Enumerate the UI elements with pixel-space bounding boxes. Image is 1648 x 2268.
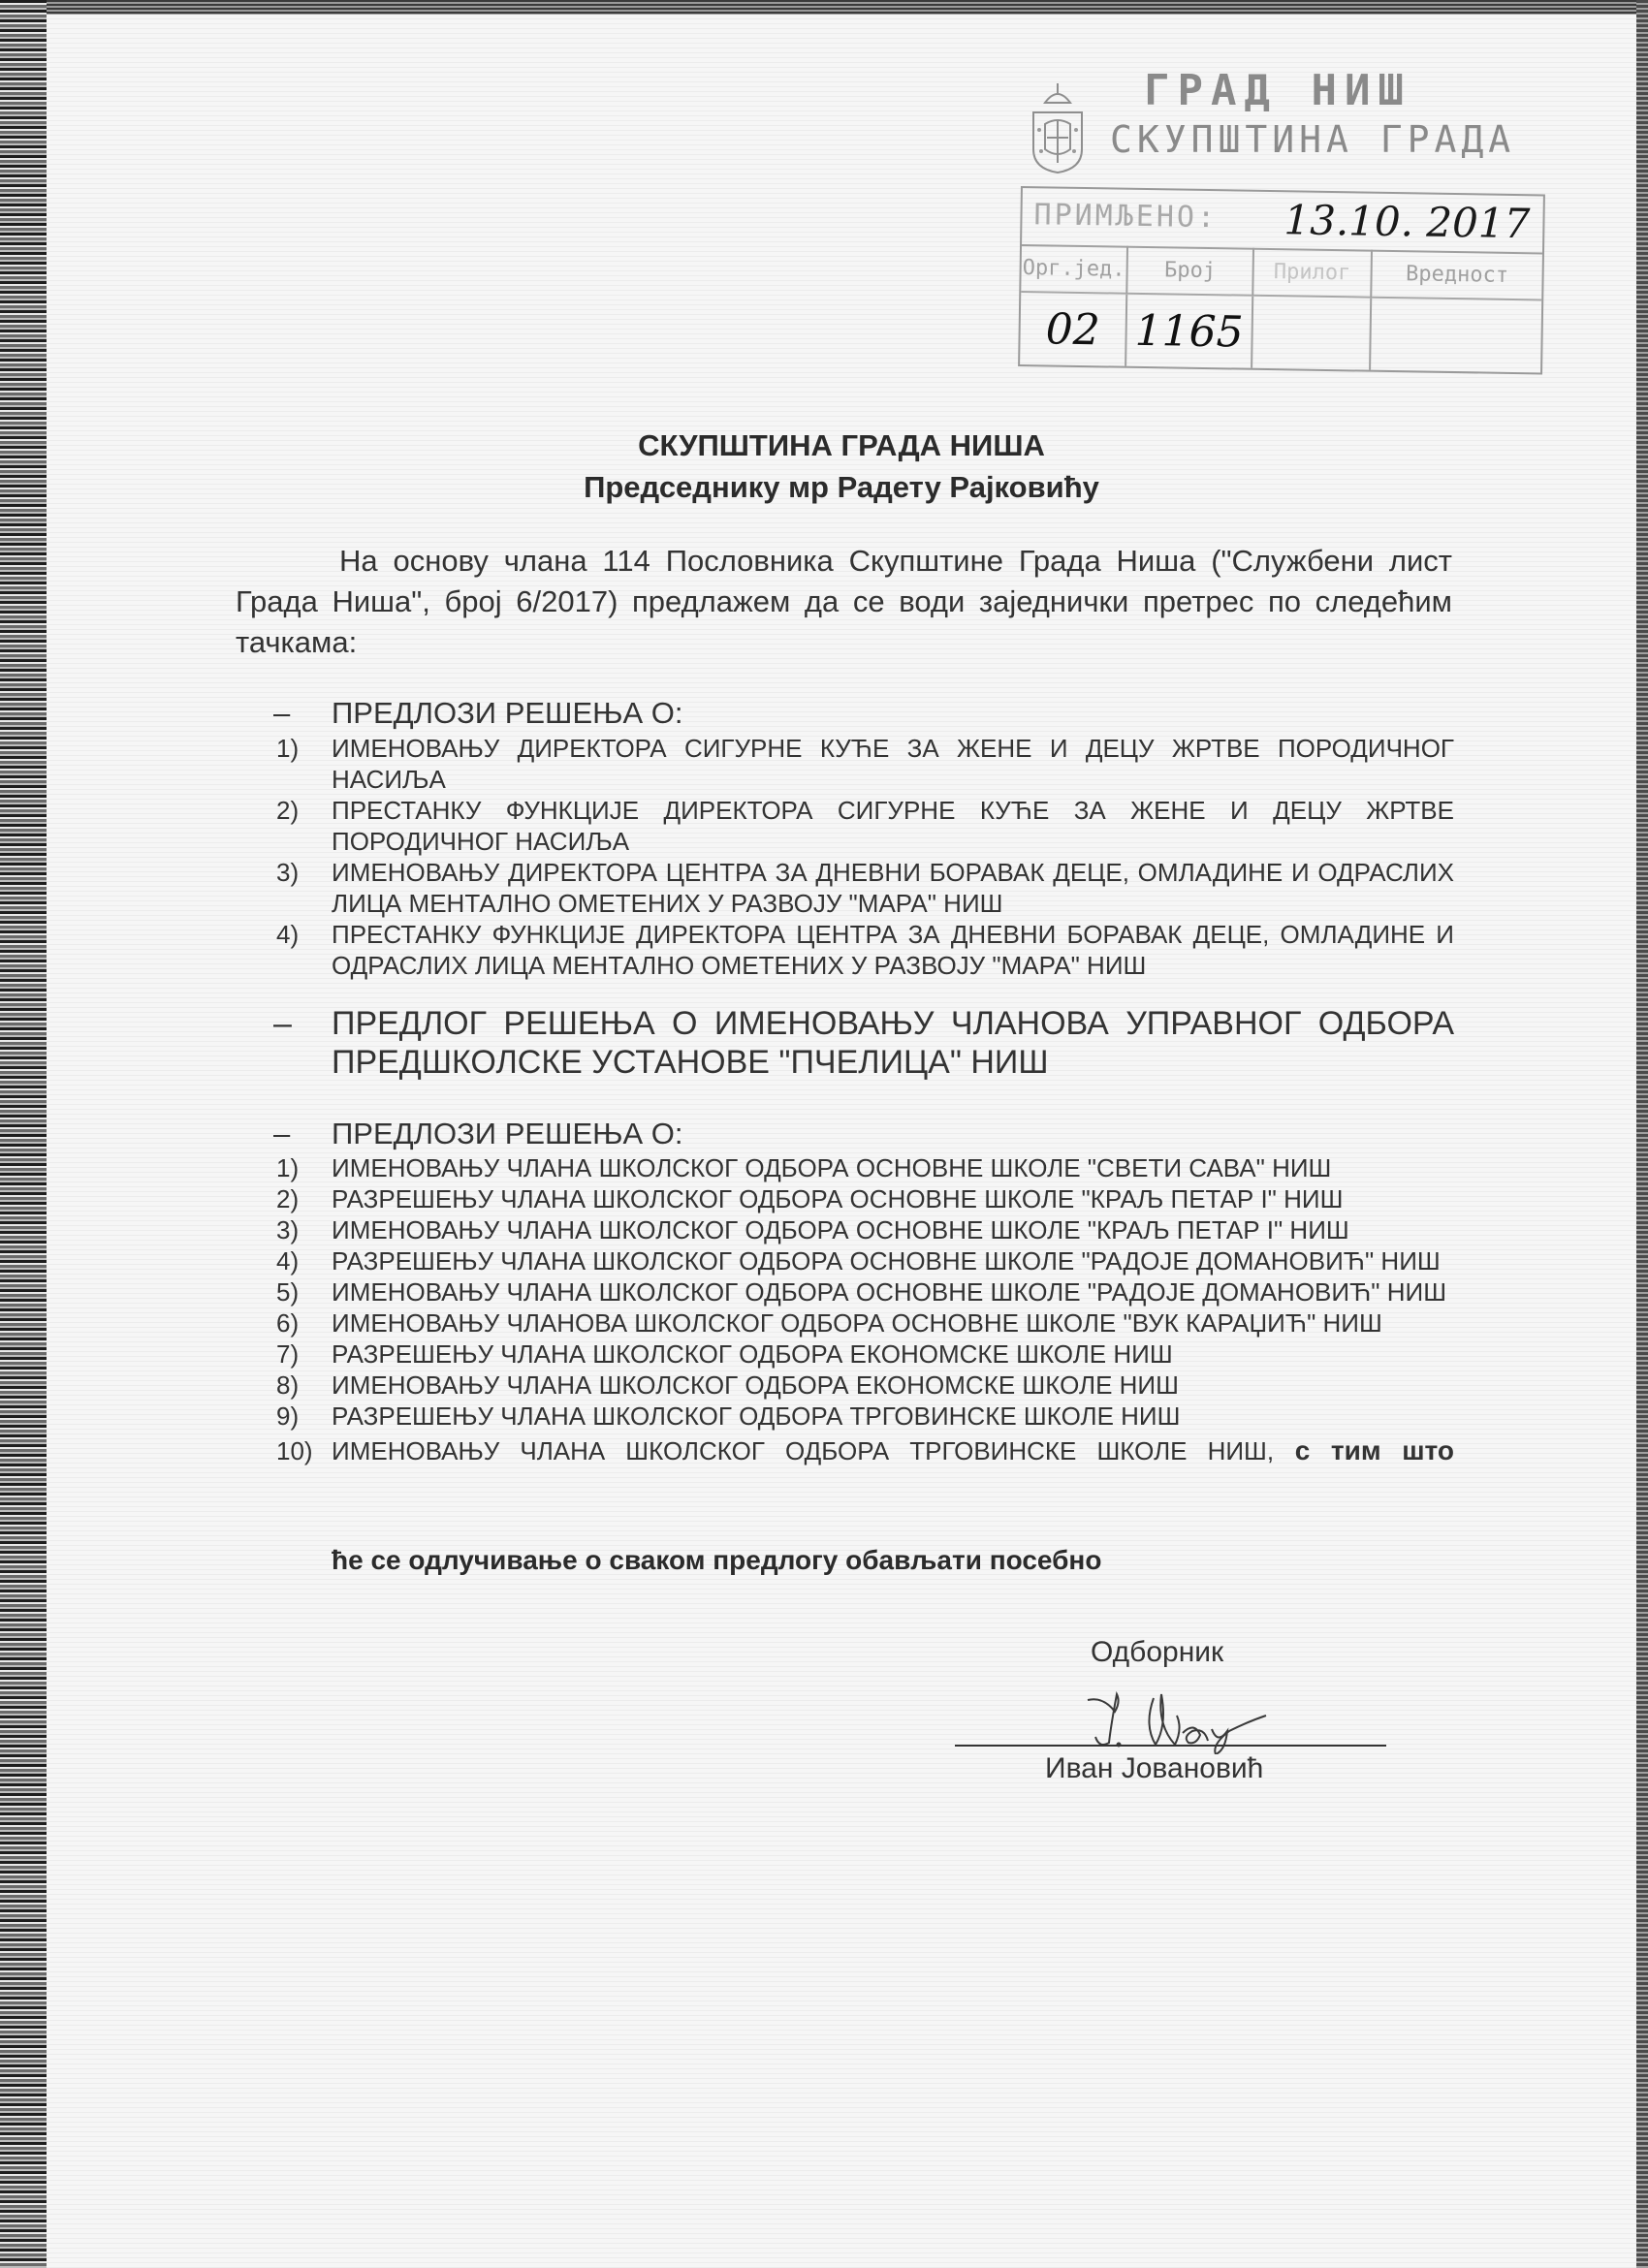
list-item: 4)ПРЕСТАНКУ ФУНКЦИЈЕ ДИРЕКТОРА ЦЕНТРА ЗА…: [276, 919, 1454, 981]
stamp-col-org-unit: Орг.јед.: [1021, 244, 1128, 295]
stamp-org-unit-value: 02: [1020, 293, 1127, 366]
list-item: 6)ИМЕНОВАЊУ ЧЛАНОВА ШКОЛСКОГ ОДБОРА ОСНО…: [276, 1307, 1454, 1339]
stamp-received-row: ПРИМЉЕНО: 13.10. 2017: [1022, 188, 1543, 254]
stamp-attachment-value: [1252, 297, 1372, 370]
signature-line: [955, 1745, 1386, 1747]
signer-role: Одборник: [1091, 1636, 1223, 1669]
section-3-heading: – ПРЕДЛОЗИ РЕШЕЊА О:: [273, 1117, 682, 1151]
section-heading-text: ПРЕДЛОЗИ РЕШЕЊА О:: [332, 1117, 682, 1151]
section-heading-text: ПРЕДЛОГ РЕШЕЊА О ИМЕНОВАЊУ ЧЛАНОВА УПРАВ…: [332, 1004, 1454, 1082]
list-item: 8)ИМЕНОВАЊУ ЧЛАНА ШКОЛСКОГ ОДБОРА ЕКОНОМ…: [276, 1370, 1454, 1401]
closing-statement: ће се одлучивање о сваком предлогу обављ…: [332, 1545, 1101, 1576]
stamp-number-value: 1165: [1126, 295, 1253, 368]
stamp-col-number: Број: [1127, 246, 1254, 297]
stamp-city: ГРАД НИШ: [1144, 66, 1411, 115]
section-2-heading: – ПРЕДЛОГ РЕШЕЊА О ИМЕНОВАЊУ ЧЛАНОВА УПР…: [273, 1004, 1454, 1082]
stamp-value-value: [1371, 299, 1541, 373]
section-1-list: 1)ИМЕНОВАЊУ ДИРЕКТОРА СИГУРНЕ КУЋЕ ЗА ЖЕ…: [276, 733, 1454, 981]
stamp-col-value: Вредност: [1372, 250, 1542, 301]
list-item: 1)ИМЕНОВАЊУ ДИРЕКТОРА СИГУРНЕ КУЋЕ ЗА ЖЕ…: [276, 733, 1454, 795]
document-title: СКУПШТИНА ГРАДА НИША: [47, 428, 1636, 463]
signer-name: Иван Јовановић: [1045, 1752, 1263, 1785]
section-1-heading: – ПРЕДЛОЗИ РЕШЕЊА О:: [273, 696, 682, 731]
list-item: 9)РАЗРЕШЕЊУ ЧЛАНА ШКОЛСКОГ ОДБОРА ТРГОВИ…: [276, 1401, 1454, 1432]
scan-border-right: [1636, 0, 1648, 2268]
dash-bullet: –: [273, 1004, 332, 1082]
addressee: Председнику мр Радету Рајковићу: [47, 470, 1636, 505]
list-item: 7)РАЗРЕШЕЊУ ЧЛАНА ШКОЛСКОГ ОДБОРА ЕКОНОМ…: [276, 1339, 1454, 1370]
list-item: 3)ИМЕНОВАЊУ ЧЛАНА ШКОЛСКОГ ОДБОРА ОСНОВН…: [276, 1214, 1454, 1245]
dash-bullet: –: [273, 696, 332, 731]
list-item: 10)ИМЕНОВАЊУ ЧЛАНА ШКОЛСКОГ ОДБОРА ТРГОВ…: [276, 1435, 1454, 1466]
stamp-grid: Орг.јед. Број Прилог Вредност 02 1165: [1020, 244, 1542, 372]
stamp-received-label: ПРИМЉЕНО:: [1033, 198, 1218, 235]
intro-paragraph: На основу члана 114 Пословника Скупштине…: [236, 541, 1452, 663]
stamp-received-date: 13.10. 2017: [1284, 196, 1531, 247]
stamp-assembly: СКУПШТИНА ГРАДА: [1110, 118, 1515, 161]
dash-bullet: –: [273, 1117, 332, 1151]
list-item: 1)ИМЕНОВАЊУ ЧЛАНА ШКОЛСКОГ ОДБОРА ОСНОВН…: [276, 1152, 1454, 1183]
received-stamp: ПРИМЉЕНО: 13.10. 2017 Орг.јед. Број Прил…: [1018, 186, 1545, 374]
coat-of-arms-icon: [1026, 81, 1090, 174]
list-item: 3)ИМЕНОВАЊУ ДИРЕКТОРА ЦЕНТРА ЗА ДНЕВНИ Б…: [276, 857, 1454, 919]
scan-border-left: [0, 0, 47, 2268]
stamp-col-attachment: Прилог: [1253, 248, 1373, 299]
section-heading-text: ПРЕДЛОЗИ РЕШЕЊА О:: [332, 696, 682, 731]
section-3-list: 1)ИМЕНОВАЊУ ЧЛАНА ШКОЛСКОГ ОДБОРА ОСНОВН…: [276, 1152, 1454, 1466]
list-item: 2)РАЗРЕШЕЊУ ЧЛАНА ШКОЛСКОГ ОДБОРА ОСНОВН…: [276, 1183, 1454, 1214]
list-item: 5)ИМЕНОВАЊУ ЧЛАНА ШКОЛСКОГ ОДБОРА ОСНОВН…: [276, 1276, 1454, 1307]
scan-border-top: [0, 0, 1648, 15]
list-item: 4)РАЗРЕШЕЊУ ЧЛАНА ШКОЛСКОГ ОДБОРА ОСНОВН…: [276, 1245, 1454, 1276]
list-item: 2)ПРЕСТАНКУ ФУНКЦИЈЕ ДИРЕКТОРА СИГУРНЕ К…: [276, 795, 1454, 857]
